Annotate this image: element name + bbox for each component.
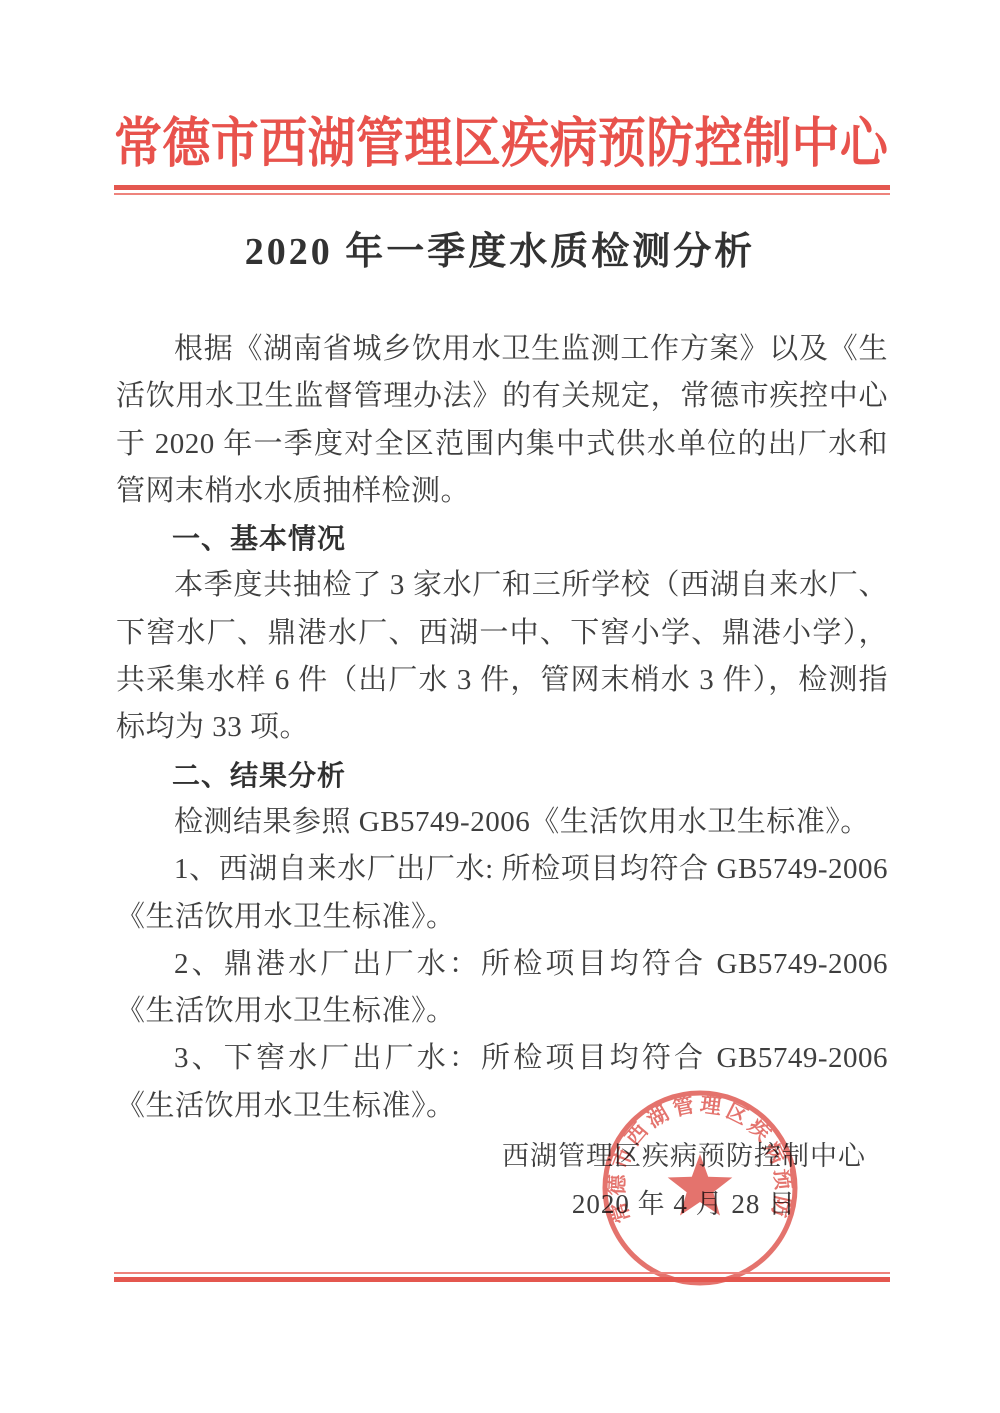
rule-thin-line — [114, 193, 890, 195]
official-seal-stamp: 常德市西湖管理区疾病预防控制中心 — [600, 1088, 800, 1288]
section-2-paragraph-3: 2、鼎港水厂出厂水：所检项目均符合 GB5749-2006《生活饮用水卫生标准》… — [116, 941, 888, 1036]
letterhead-title: 常德市西湖管理区疾病预防控制中心 — [114, 100, 888, 176]
rule-thick-line — [114, 1277, 890, 1282]
header-double-rule — [114, 185, 890, 195]
section-2-paragraph-1: 检测结果参照 GB5749-2006《生活饮用水卫生标准》。 — [116, 799, 888, 846]
document-page: 常德市西湖管理区疾病预防控制中心 2020 年一季度水质检测分析 根据《湖南省城… — [0, 0, 1000, 1413]
document-body: 根据《湖南省城乡饮用水卫生监测工作方案》以及《生活饮用水卫生监督管理办法》的有关… — [116, 326, 888, 1130]
stamp-star-icon — [668, 1154, 733, 1216]
intro-paragraph: 根据《湖南省城乡饮用水卫生监测工作方案》以及《生活饮用水卫生监督管理办法》的有关… — [116, 326, 888, 515]
document-title: 2020 年一季度水质检测分析 — [0, 220, 1000, 275]
section-2-paragraph-2: 1、西湖自来水厂出厂水: 所检项目均符合 GB5749-2006《生活饮用水卫生… — [116, 846, 888, 941]
section-2-heading: 二、结果分析 — [116, 752, 888, 799]
footer-double-rule — [114, 1272, 890, 1282]
section-1-heading: 一、基本情况 — [116, 515, 888, 562]
section-1-paragraph: 本季度共抽检了 3 家水厂和三所学校（西湖自来水厂、下窖水厂、鼎港水厂、西湖一中… — [116, 562, 888, 751]
stamp-arc-text: 常德市西湖管理区疾病预防控制中心 — [600, 1088, 796, 1226]
